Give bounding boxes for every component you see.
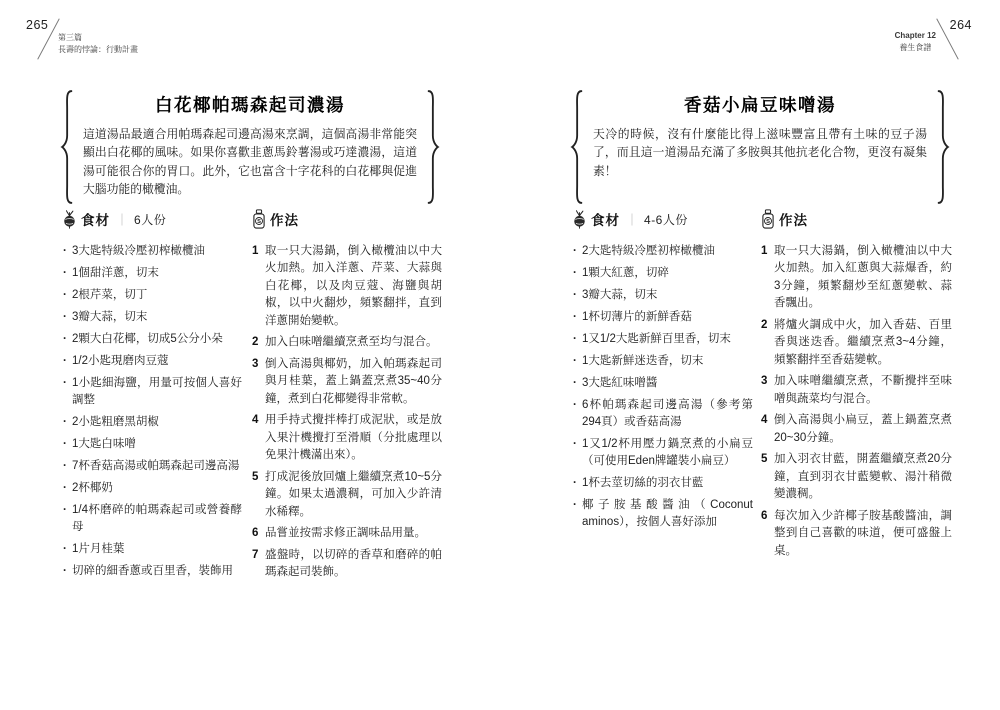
recipe-title: 香菇小扁豆味噌湯 [593, 92, 927, 117]
ingredients-column: 食材 ｜ 4-6人份 2大匙特級冷壓初榨橄欖油 1顆大紅蔥，切碎 3瓣大蒜，切末… [572, 208, 753, 536]
ingredient-item: 6杯帕瑪森起司邊高湯（參考第294頁）或香菇高湯 [572, 397, 753, 431]
chapter-label: Chapter 12 [895, 31, 936, 40]
step-number: 4 [761, 412, 774, 447]
step-item: 1 取一只大湯鍋，倒入橄欖油以中大火加熱。加入紅蔥與大蒜爆香，約3分鐘，頻繁翻炒… [761, 243, 952, 313]
step-text: 用手持式攪拌棒打成泥狀，或是放入果汁機攪打至滑順（分批處理以免果汁機滿出來）。 [265, 412, 442, 464]
beet-icon [572, 209, 587, 229]
chapter-title: 養生食譜 [899, 43, 931, 52]
ingredients-heading: 食材 ｜ 4-6人份 [572, 208, 753, 230]
step-text: 倒入高湯與椰奶，加入帕瑪森起司與月桂葉，蓋上鍋蓋烹煮35~40分鐘，煮到白花椰變… [265, 356, 442, 408]
svg-text:S: S [257, 219, 261, 225]
heading-divider: ｜ [116, 211, 128, 228]
recipe-title: 白花椰帕瑪森起司濃湯 [83, 92, 417, 117]
step-text: 加入羽衣甘藍，開蓋繼續烹煮20分鐘，直到羽衣甘藍變軟、湯汁稍微變濃稠。 [774, 451, 952, 503]
method-label: 作法 [270, 209, 299, 229]
curly-brace-left-icon [570, 90, 583, 204]
steps-list: 1 取一只大湯鍋，倒入橄欖油以中大火加熱。加入紅蔥與大蒜爆香，約3分鐘，頻繁翻炒… [761, 243, 952, 560]
right-page: 264 Chapter 12 養生食譜 香菇小扁豆味噌湯 天冷的時候，沒有什麼能… [500, 0, 1000, 710]
step-number: 5 [761, 451, 774, 503]
step-number: 3 [761, 373, 774, 408]
step-number: 6 [761, 508, 774, 560]
part-title: 長壽的悖論：行動計畫 [58, 45, 138, 54]
ingredient-item: 1顆大紅蔥，切碎 [572, 265, 753, 282]
page-number: 264 [950, 16, 972, 35]
method-heading: S 作法 [252, 208, 442, 230]
step-text: 取一只大湯鍋，倒入橄欖油以中大火加熱。加入紅蔥與大蒜爆香，約3分鐘，頻繁翻炒至紅… [774, 243, 952, 313]
ingredients-column: 食材 ｜ 6人份 3大匙特級冷壓初榨橄欖油 1個甜洋蔥，切末 2根芹菜，切丁 3… [62, 208, 242, 585]
ingredient-item: 1大匙白味噌 [62, 436, 242, 453]
part-heading: 第三篇 長壽的悖論：行動計畫 [58, 32, 138, 56]
step-number: 5 [252, 469, 265, 521]
svg-text:S: S [766, 219, 770, 225]
chapter-heading: Chapter 12 養生食譜 [895, 30, 936, 54]
ingredient-item: 2杯椰奶 [62, 480, 242, 497]
recipe-intro: 這道湯品最適合用帕瑪森起司邊高湯來烹調，這個高湯非常能突顯出白花椰的風味。如果你… [83, 125, 417, 198]
step-text: 打成泥後放回爐上繼續烹煮10~5分鐘。如果太過濃稠，可加入少許清水稀釋。 [265, 469, 442, 521]
recipe-header-inner: 白花椰帕瑪森起司濃湯 這道湯品最適合用帕瑪森起司邊高湯來烹調，這個高湯非常能突顯… [73, 90, 427, 204]
step-text: 加入白味噌繼續烹煮至均勻混合。 [265, 334, 442, 351]
step-item: 5 加入羽衣甘藍，開蓋繼續烹煮20分鐘，直到羽衣甘藍變軟、湯汁稍微變濃稠。 [761, 451, 952, 503]
step-item: 6 品嘗並按需求修正調味品用量。 [252, 525, 442, 542]
step-number: 2 [252, 334, 265, 351]
curly-brace-right-icon [937, 90, 950, 204]
steps-list: 1 取一只大湯鍋，倒入橄欖油以中大火加熱。加入洋蔥、芹菜、大蒜與白花椰，以及肉豆… [252, 243, 442, 581]
servings-label: 4-6人份 [644, 211, 688, 228]
step-number: 2 [761, 317, 774, 369]
step-text: 每次加入少許椰子胺基酸醬油，調整到自己喜歡的味道，便可盛盤上桌。 [774, 508, 952, 560]
ingredient-item: 1又1/2大匙新鮮百里香，切末 [572, 331, 753, 348]
step-number: 1 [252, 243, 265, 330]
ingredient-item: 2大匙特級冷壓初榨橄欖油 [572, 243, 753, 260]
part-label: 第三篇 [58, 33, 82, 42]
recipe-header-inner: 香菇小扁豆味噌湯 天冷的時候，沒有什麼能比得上滋味豐富且帶有土味的豆子湯了，而且… [583, 90, 937, 204]
step-text: 品嘗並按需求修正調味品用量。 [265, 525, 442, 542]
ingredient-item: 3大匙紅味噌醬 [572, 375, 753, 392]
step-item: 4 倒入高湯與小扁豆，蓋上鍋蓋烹煮20~30分鐘。 [761, 412, 952, 447]
step-item: 2 將爐火調成中火，加入香菇、百里香與迷迭香。繼續烹煮3~4分鐘，頻繁翻拌至香菇… [761, 317, 952, 369]
ingredient-item: 切碎的細香蔥或百里香，裝飾用 [62, 563, 242, 580]
step-item: 2 加入白味噌繼續烹煮至均勻混合。 [252, 334, 442, 351]
ingredients-list: 2大匙特級冷壓初榨橄欖油 1顆大紅蔥，切碎 3瓣大蒜，切末 1杯切薄片的新鮮香菇… [572, 243, 753, 531]
step-number: 7 [252, 547, 265, 582]
step-text: 盛盤時，以切碎的香草和磨碎的帕瑪森起司裝飾。 [265, 547, 442, 582]
ingredient-item: 1個甜洋蔥，切末 [62, 265, 242, 282]
method-heading: S 作法 [761, 208, 952, 230]
ingredient-item: 椰子胺基酸醬油（Coconut aminos），按個人喜好添加 [572, 497, 753, 531]
salt-shaker-icon: S [252, 209, 266, 229]
curly-brace-left-icon [60, 90, 73, 204]
recipe-intro: 天冷的時候，沒有什麼能比得上滋味豐富且帶有土味的豆子湯了，而且這一道湯品充滿了多… [593, 125, 927, 180]
ingredient-item: 1/4杯磨碎的帕瑪森起司或營養酵母 [62, 502, 242, 536]
recipe-header-block: 香菇小扁豆味噌湯 天冷的時候，沒有什麼能比得上滋味豐富且帶有土味的豆子湯了，而且… [570, 90, 950, 204]
method-label: 作法 [779, 209, 808, 229]
beet-icon [62, 209, 77, 229]
ingredient-item: 1大匙新鮮迷迭香，切末 [572, 353, 753, 370]
ingredients-list: 3大匙特級冷壓初榨橄欖油 1個甜洋蔥，切末 2根芹菜，切丁 3瓣大蒜，切末 2顆… [62, 243, 242, 580]
step-number: 1 [761, 243, 774, 313]
ingredients-label: 食材 [81, 209, 110, 229]
step-item: 1 取一只大湯鍋，倒入橄欖油以中大火加熱。加入洋蔥、芹菜、大蒜與白花椰，以及肉豆… [252, 243, 442, 330]
step-text: 將爐火調成中火，加入香菇、百里香與迷迭香。繼續烹煮3~4分鐘，頻繁翻拌至香菇變軟… [774, 317, 952, 369]
method-column: S 作法 1 取一只大湯鍋，倒入橄欖油以中大火加熱。加入紅蔥與大蒜爆香，約3分鐘… [761, 208, 952, 564]
curly-brace-right-icon [427, 90, 440, 204]
step-item: 6 每次加入少許椰子胺基酸醬油，調整到自己喜歡的味道，便可盛盤上桌。 [761, 508, 952, 560]
ingredient-item: 1片月桂葉 [62, 541, 242, 558]
ingredient-item: 1小匙細海鹽，用量可按個人喜好調整 [62, 375, 242, 409]
ingredient-item: 3瓣大蒜，切末 [62, 309, 242, 326]
step-text: 加入味噌繼續烹煮，不斷攪拌至味噌與蔬菜均勻混合。 [774, 373, 952, 408]
ingredient-item: 2顆大白花椰，切成5公分小朵 [62, 331, 242, 348]
ingredient-item: 2小匙粗磨黑胡椒 [62, 414, 242, 431]
ingredients-label: 食材 [591, 209, 620, 229]
ingredient-item: 1又1/2杯用壓力鍋烹煮的小扁豆（可使用Eden牌罐裝小扁豆） [572, 436, 753, 470]
ingredient-item: 7杯香菇高湯或帕瑪森起司邊高湯 [62, 458, 242, 475]
servings-label: 6人份 [134, 211, 166, 228]
ingredient-item: 3大匙特級冷壓初榨橄欖油 [62, 243, 242, 260]
left-page: 265 第三篇 長壽的悖論：行動計畫 白花椰帕瑪森起司濃湯 這道湯品最適合用帕瑪… [0, 0, 500, 710]
step-item: 3 加入味噌繼續烹煮，不斷攪拌至味噌與蔬菜均勻混合。 [761, 373, 952, 408]
step-number: 3 [252, 356, 265, 408]
page-number: 265 [26, 16, 48, 35]
step-text: 倒入高湯與小扁豆，蓋上鍋蓋烹煮20~30分鐘。 [774, 412, 952, 447]
method-column: S 作法 1 取一只大湯鍋，倒入橄欖油以中大火加熱。加入洋蔥、芹菜、大蒜與白花椰… [252, 208, 442, 585]
recipe-header-block: 白花椰帕瑪森起司濃湯 這道湯品最適合用帕瑪森起司邊高湯來烹調，這個高湯非常能突顯… [60, 90, 440, 204]
ingredient-item: 3瓣大蒜，切末 [572, 287, 753, 304]
step-item: 3 倒入高湯與椰奶，加入帕瑪森起司與月桂葉，蓋上鍋蓋烹煮35~40分鐘，煮到白花… [252, 356, 442, 408]
step-text: 取一只大湯鍋，倒入橄欖油以中大火加熱。加入洋蔥、芹菜、大蒜與白花椰，以及肉豆蔻、… [265, 243, 442, 330]
step-number: 6 [252, 525, 265, 542]
ingredient-item: 1杯去莖切絲的羽衣甘藍 [572, 475, 753, 492]
step-item: 5 打成泥後放回爐上繼續烹煮10~5分鐘。如果太過濃稠，可加入少許清水稀釋。 [252, 469, 442, 521]
ingredient-item: 1/2小匙現磨肉豆蔻 [62, 353, 242, 370]
salt-shaker-icon: S [761, 209, 775, 229]
step-item: 7 盛盤時，以切碎的香草和磨碎的帕瑪森起司裝飾。 [252, 547, 442, 582]
step-item: 4 用手持式攪拌棒打成泥狀，或是放入果汁機攪打至滑順（分批處理以免果汁機滿出來）… [252, 412, 442, 464]
ingredients-heading: 食材 ｜ 6人份 [62, 208, 242, 230]
step-number: 4 [252, 412, 265, 464]
ingredient-item: 2根芹菜，切丁 [62, 287, 242, 304]
ingredient-item: 1杯切薄片的新鮮香菇 [572, 309, 753, 326]
heading-divider: ｜ [626, 211, 638, 228]
